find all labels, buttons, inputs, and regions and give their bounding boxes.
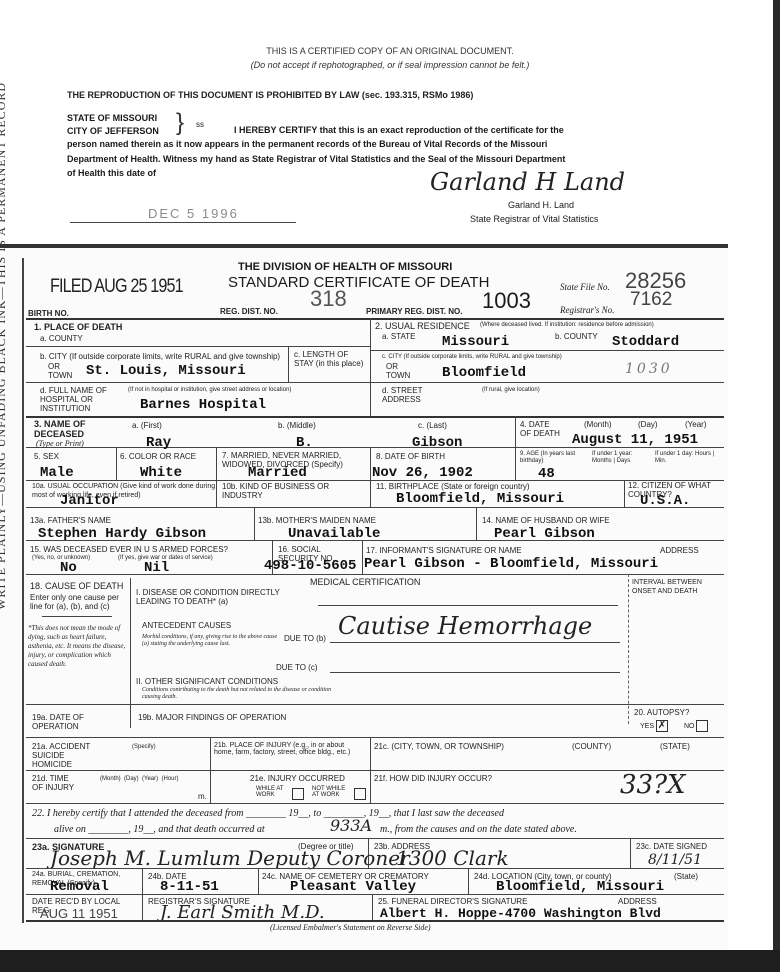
received-date-stamp: AUG 11 1951 — [40, 906, 118, 921]
primary-reg-dist-number: 1003 — [482, 288, 531, 314]
date-signed-value: 8/11/51 — [648, 852, 702, 868]
rule — [318, 605, 618, 606]
rule — [116, 447, 117, 480]
middle-name-value: B. — [296, 436, 313, 451]
margin-instruction: WRITE PLAINLY—USING UNFADING BLACK INK—T… — [0, 82, 9, 610]
attend-line-1: 22. I hereby certify that I attended the… — [32, 808, 504, 819]
rule — [26, 346, 370, 347]
medical-cert-title: MEDICAL CERTIFICATION — [310, 577, 420, 587]
first-name-value: Ray — [146, 436, 171, 451]
rule — [26, 704, 130, 705]
cause-of-death-label: 18. CAUSE OF DEATH — [30, 582, 123, 591]
name-hint: (Type or Print) — [36, 439, 84, 448]
date-of-death-label: 4. DATE OF DEATH — [520, 420, 560, 438]
place-of-death-label: 1. PLACE OF DEATH — [34, 322, 122, 332]
not-while-at-work-label: NOT WHILE AT WORK — [312, 786, 352, 798]
informant-value: Pearl Gibson - Bloomfield, Missouri — [364, 557, 658, 572]
rule — [26, 737, 724, 738]
other-conditions-label: II. OTHER SIGNIFICANT CONDITIONS — [136, 677, 278, 686]
mother-label: 13b. MOTHER'S MAIDEN NAME — [258, 516, 376, 525]
registrar-no-label: Registrar's No. — [560, 305, 614, 315]
street-address-label: d. STREET ADDRESS — [382, 386, 432, 404]
autopsy-no-label: NO — [684, 723, 695, 730]
informant-label: 17. INFORMANT'S SIGNATURE OR NAME — [366, 546, 522, 555]
informant-address-label: ADDRESS — [660, 546, 699, 555]
injury-state-label: (STATE) — [660, 742, 690, 751]
time-m: m. — [198, 792, 207, 801]
sex-label: 5. SEX — [34, 452, 59, 461]
caution-note: (Do not accept if rephotographed, or if … — [0, 60, 780, 70]
autopsy-yes-label: YES — [640, 723, 654, 730]
rule — [42, 616, 112, 617]
birth-no-label: BIRTH NO. — [28, 309, 69, 318]
dob-label: 8. DATE OF BIRTH — [376, 452, 445, 461]
death-time-value: 933A — [330, 816, 372, 835]
due-to-b-value: Cautise Hemorrhage — [338, 612, 592, 640]
attend-line-2: alive on ________, 19__, and that death … — [54, 824, 265, 835]
reg-dist-label: REG. DIST. NO. — [220, 307, 278, 316]
spouse-label: 14. NAME OF HUSBAND OR WIFE — [482, 516, 610, 525]
due-to-b-label: DUE TO (b) — [284, 634, 326, 643]
first-name-label: a. (First) — [132, 421, 162, 430]
city-label: CITY OF JEFFERSON — [67, 126, 159, 136]
while-at-work-option[interactable]: WHILE AT WORK — [256, 786, 316, 800]
handwritten-code: 33?X — [620, 770, 686, 800]
month-label: (Month) — [584, 420, 612, 429]
date-underline — [70, 222, 296, 223]
rule — [216, 447, 217, 507]
antecedent-label: ANTECEDENT CAUSES — [142, 621, 231, 630]
certify-line-1: I HEREBY CERTIFY that this is an exact r… — [234, 125, 564, 135]
rule — [26, 574, 724, 575]
autopsy-yes-checkbox-checked[interactable]: ✗ — [656, 720, 668, 732]
hospital-label: d. FULL NAME OF HOSPITAL OR INSTITUTION — [40, 386, 130, 413]
how-injury-label: 21f. HOW DID INJURY OCCUR? — [374, 774, 492, 783]
city-label: b. CITY (If outside corporate limits, wr… — [40, 352, 290, 361]
certify-line-3: Department of Health. Witness my hand as… — [67, 154, 565, 164]
address-value: 1300 Clark — [396, 846, 509, 870]
res-county-label: b. COUNTY — [555, 332, 598, 341]
res-or-town-label: OR TOWN — [386, 362, 416, 380]
business-label: 10b. KIND OF BUSINESS OR INDUSTRY — [222, 482, 368, 500]
filed-stamp: FILED AUG 25 1951 — [50, 276, 183, 298]
res-state-value: Missouri — [442, 335, 509, 350]
rule — [26, 894, 724, 895]
operation-findings-label: 19b. MAJOR FINDINGS OF OPERATION — [138, 713, 286, 722]
place-injury-label: 21b. PLACE OF INJURY (e.g., in or about … — [214, 742, 364, 756]
rule — [26, 507, 724, 508]
interval-label: INTERVAL BETWEEN ONSET AND DEATH — [632, 578, 722, 596]
margin-rule — [22, 258, 24, 923]
date-signed-label: 23c. DATE SIGNED — [636, 842, 707, 851]
rule — [476, 507, 477, 540]
due-to-c-label: DUE TO (c) — [276, 663, 317, 672]
time-columns: (Month) (Day) (Year) (Hour) — [100, 776, 220, 783]
length-of-stay-label: c. LENGTH OF STAY (in this place) — [294, 350, 368, 368]
state-file-label: State File No. — [560, 282, 610, 292]
rule — [26, 803, 724, 804]
hospital-value: Barnes Hospital — [140, 398, 266, 413]
rule — [254, 507, 255, 540]
county-label: a. COUNTY — [40, 334, 83, 343]
physician-signature: Joseph M. Lumlum Deputy Coroner — [50, 846, 410, 870]
ssn-value: 498-10-5605 — [264, 559, 356, 574]
rule — [515, 447, 516, 480]
father-value: Stephen Hardy Gibson — [38, 527, 206, 542]
father-label: 13a. FATHER'S NAME — [30, 516, 111, 525]
middle-name-label: b. (Middle) — [278, 421, 316, 430]
autopsy-label: 20. AUTOPSY? — [634, 708, 689, 717]
armed-forces-label: 15. WAS DECEASED EVER IN U S ARMED FORCE… — [30, 545, 280, 554]
primary-reg-dist-label: PRIMARY REG. DIST. NO. — [366, 307, 462, 316]
name-deceased-label: 3. NAME OF DECEASED — [34, 419, 114, 439]
day-label: (Day) — [638, 420, 658, 429]
spouse-value: Pearl Gibson — [494, 527, 595, 542]
ss-label: ss — [196, 120, 204, 129]
certify-line-4: of Health this date of — [67, 168, 156, 178]
street-hint: (If rural, give location) — [482, 387, 540, 394]
scan-edge-right — [773, 0, 780, 972]
dob-value: Nov 26, 1902 — [372, 466, 473, 481]
funeral-director-label: 25. FUNERAL DIRECTOR'S SIGNATURE — [378, 897, 527, 906]
res-city-value: Bloomfield — [442, 366, 526, 381]
rule — [372, 894, 373, 920]
rule — [628, 574, 629, 724]
burial-value: Removal — [50, 880, 109, 895]
place-city-value: St. Louis, Missouri — [86, 364, 246, 379]
registrar-name: Garland H. Land — [508, 200, 574, 210]
res-city-label: c. CITY (If outside corporate limits, wr… — [382, 354, 682, 361]
other-conditions-hint: Conditions contributing to the death but… — [142, 687, 332, 701]
not-while-at-work-checkbox[interactable] — [354, 788, 366, 800]
cause-footnote: *This does not mean the mode of dying, s… — [28, 624, 128, 669]
marital-value: Married — [248, 466, 307, 481]
operation-date-label: 19a. DATE OF OPERATION — [32, 713, 128, 731]
scan-edge-bottom — [0, 950, 780, 972]
time-injury-label: 21d. TIME OF INJURY — [32, 774, 82, 792]
age-under-year-label: If under 1 year: Months | Days — [592, 451, 648, 465]
reg-dist-number: 318 — [310, 286, 347, 312]
registrar-title: State Registrar of Vital Statistics — [470, 214, 598, 224]
rule — [330, 642, 620, 643]
rule — [26, 416, 724, 418]
birthplace-value: Bloomfield, Missouri — [396, 492, 564, 507]
birthplace-label: 11. BIRTHPLACE (State or foreign country… — [376, 482, 530, 491]
funeral-address-label: ADDRESS — [618, 897, 657, 906]
rule — [370, 350, 724, 351]
accident-label: 21a. ACCIDENT SUICIDE HOMICIDE — [32, 742, 102, 769]
certified-copy-heading: THIS IS A CERTIFIED COPY OF AN ORIGINAL … — [0, 46, 780, 56]
injury-occurred-label: 21e. INJURY OCCURRED — [250, 774, 345, 783]
registrar-number: 7162 — [630, 289, 672, 311]
age-value: 48 — [538, 467, 555, 482]
rule — [468, 868, 469, 894]
cause-hint: Enter only one cause per line for (a), (… — [30, 593, 126, 611]
certificate-top-border — [0, 244, 728, 248]
race-label: 6. COLOR OR RACE — [120, 452, 196, 461]
brace: } — [176, 110, 184, 136]
res-county-value: Stoddard — [612, 335, 679, 350]
rule — [370, 447, 371, 507]
hospital-hint: (If not in hospital or institution, give… — [128, 387, 368, 394]
rule — [26, 382, 724, 383]
certify-line-2: person named therein as it now appears i… — [67, 139, 547, 149]
location-state-label: (State) — [674, 872, 698, 881]
citizen-value: U.S.A. — [640, 494, 690, 509]
burial-date-value: 8-11-51 — [160, 880, 219, 895]
injury-county-label: (COUNTY) — [572, 742, 611, 751]
res-city-note: 1030 — [625, 361, 673, 377]
injury-city-label: 21c. (CITY, TOWN, OR TOWNSHIP) — [374, 742, 504, 751]
rule — [330, 672, 620, 673]
sex-value: Male — [40, 466, 74, 481]
registrar-signature: Garland H Land — [430, 168, 625, 196]
rule — [26, 868, 724, 869]
last-name-value: Gibson — [412, 436, 462, 451]
funeral-director-value: Albert H. Hoppe-4700 Washington Blvd — [380, 906, 661, 921]
rule — [26, 318, 724, 320]
rule — [130, 578, 131, 728]
year-label: (Year) — [685, 420, 707, 429]
embalmer-note: (Licensed Embalmer's Statement on Revers… — [270, 923, 431, 932]
or-town-label: OR TOWN — [48, 362, 78, 380]
age-under-day-label: If under 1 day: Hours | Min. — [655, 451, 715, 465]
location-value: Bloomfield, Missouri — [496, 880, 664, 895]
prohibited-notice: THE REPRODUCTION OF THIS DOCUMENT IS PRO… — [67, 90, 473, 100]
rule — [26, 920, 724, 922]
age-label: 9. AGE (In years last birthday) — [520, 451, 580, 465]
usual-residence-label: 2. USUAL RESIDENCE — [375, 321, 470, 331]
attend-line-3: m., from the causes and on the date stat… — [380, 824, 577, 835]
rule — [362, 540, 363, 574]
rule — [370, 318, 371, 416]
disease-label: I. DISEASE OR CONDITION DIRECTLY LEADING… — [136, 588, 306, 606]
usual-residence-hint: (Where deceased lived. If institution: r… — [480, 322, 720, 329]
autopsy-no-option[interactable]: NO — [684, 720, 708, 732]
division-heading: THE DIVISION OF HEALTH OF MISSOURI — [238, 261, 452, 273]
rule — [26, 838, 724, 839]
rule — [630, 838, 631, 868]
mother-value: Unavailable — [288, 527, 380, 542]
autopsy-yes-option[interactable]: YES ✗ — [640, 720, 668, 732]
not-while-at-work-option[interactable]: NOT WHILE AT WORK — [312, 786, 372, 800]
autopsy-no-checkbox[interactable] — [696, 720, 708, 732]
date-of-death-value: August 11, 1951 — [572, 433, 698, 448]
certificate-title: STANDARD CERTIFICATE OF DEATH — [228, 274, 489, 291]
rule — [258, 868, 259, 894]
last-name-label: c. (Last) — [418, 421, 447, 430]
armed-value: No — [60, 561, 77, 576]
res-state-label: a. STATE — [382, 332, 416, 341]
race-value: White — [140, 466, 182, 481]
date-stamp: DEC 5 1996 — [148, 206, 239, 221]
occupation-value: Janitor — [60, 494, 119, 509]
antecedent-hint: Morbid conditions, if any, giving rise t… — [142, 634, 282, 648]
rule — [624, 480, 625, 507]
while-at-work-checkbox[interactable] — [292, 788, 304, 800]
rule — [130, 704, 724, 705]
accident-specify: (Specify) — [132, 744, 156, 751]
cemetery-value: Pleasant Valley — [290, 880, 416, 895]
state-label: STATE OF MISSOURI — [67, 113, 157, 123]
war-value: Nil — [144, 561, 169, 576]
while-at-work-label: WHILE AT WORK — [256, 786, 290, 798]
